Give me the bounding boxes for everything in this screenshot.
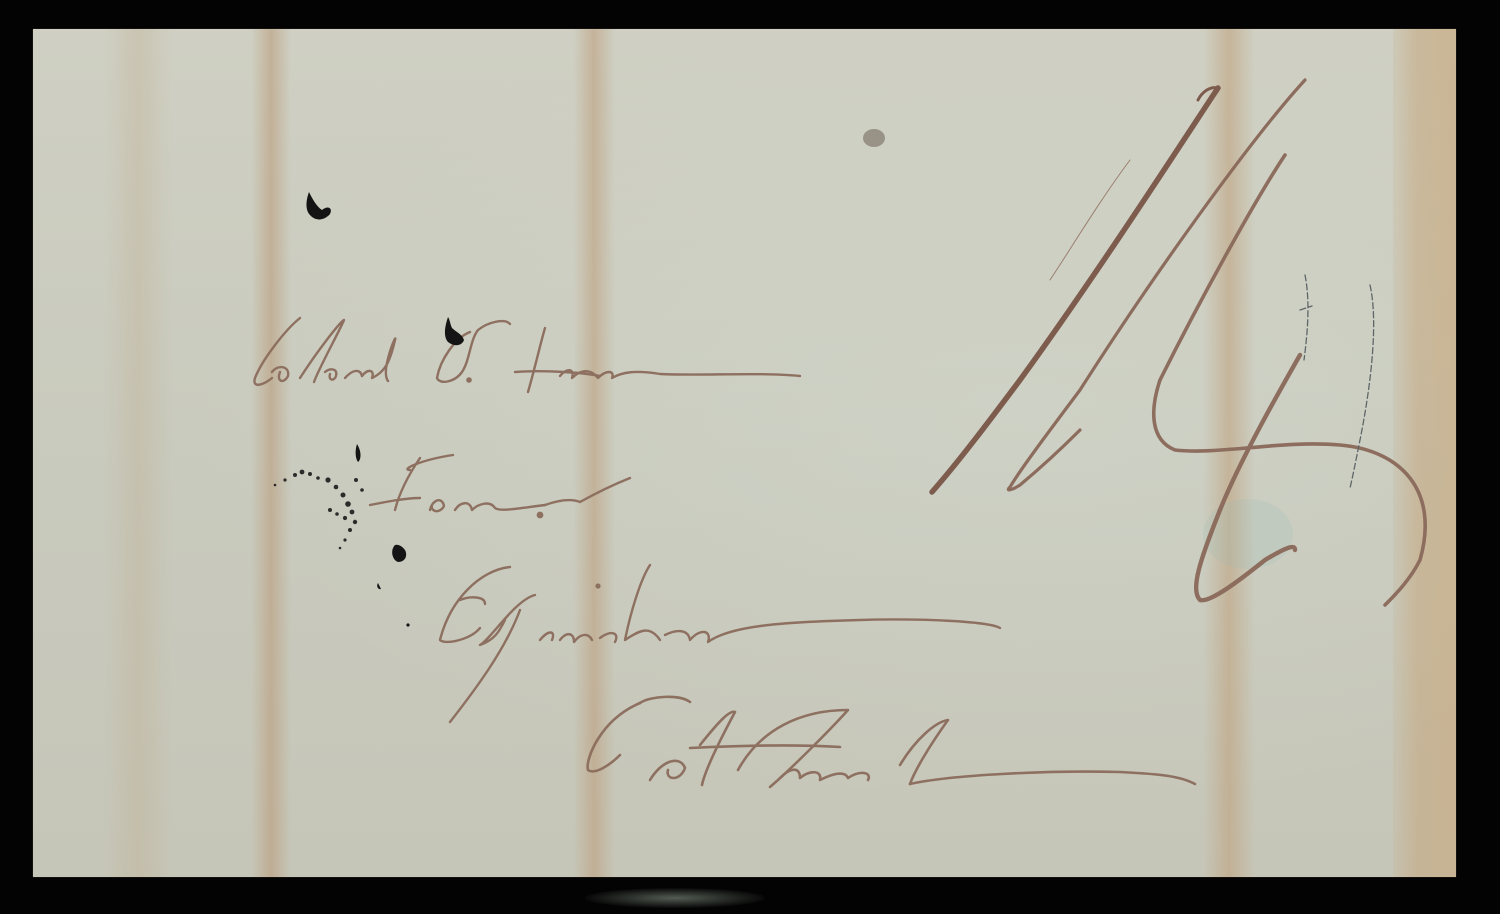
manuscript-rate-script — [932, 80, 1425, 605]
black-handstamp-smudge — [274, 470, 364, 550]
address-line-4-script — [588, 697, 1195, 787]
address-line-2-script — [370, 455, 630, 517]
address-line-1-script — [254, 318, 800, 392]
faint-marking — [1300, 275, 1374, 488]
address-line-3-script — [440, 565, 1000, 722]
black-ink-marks — [307, 192, 465, 627]
ink-layer — [0, 0, 1500, 914]
